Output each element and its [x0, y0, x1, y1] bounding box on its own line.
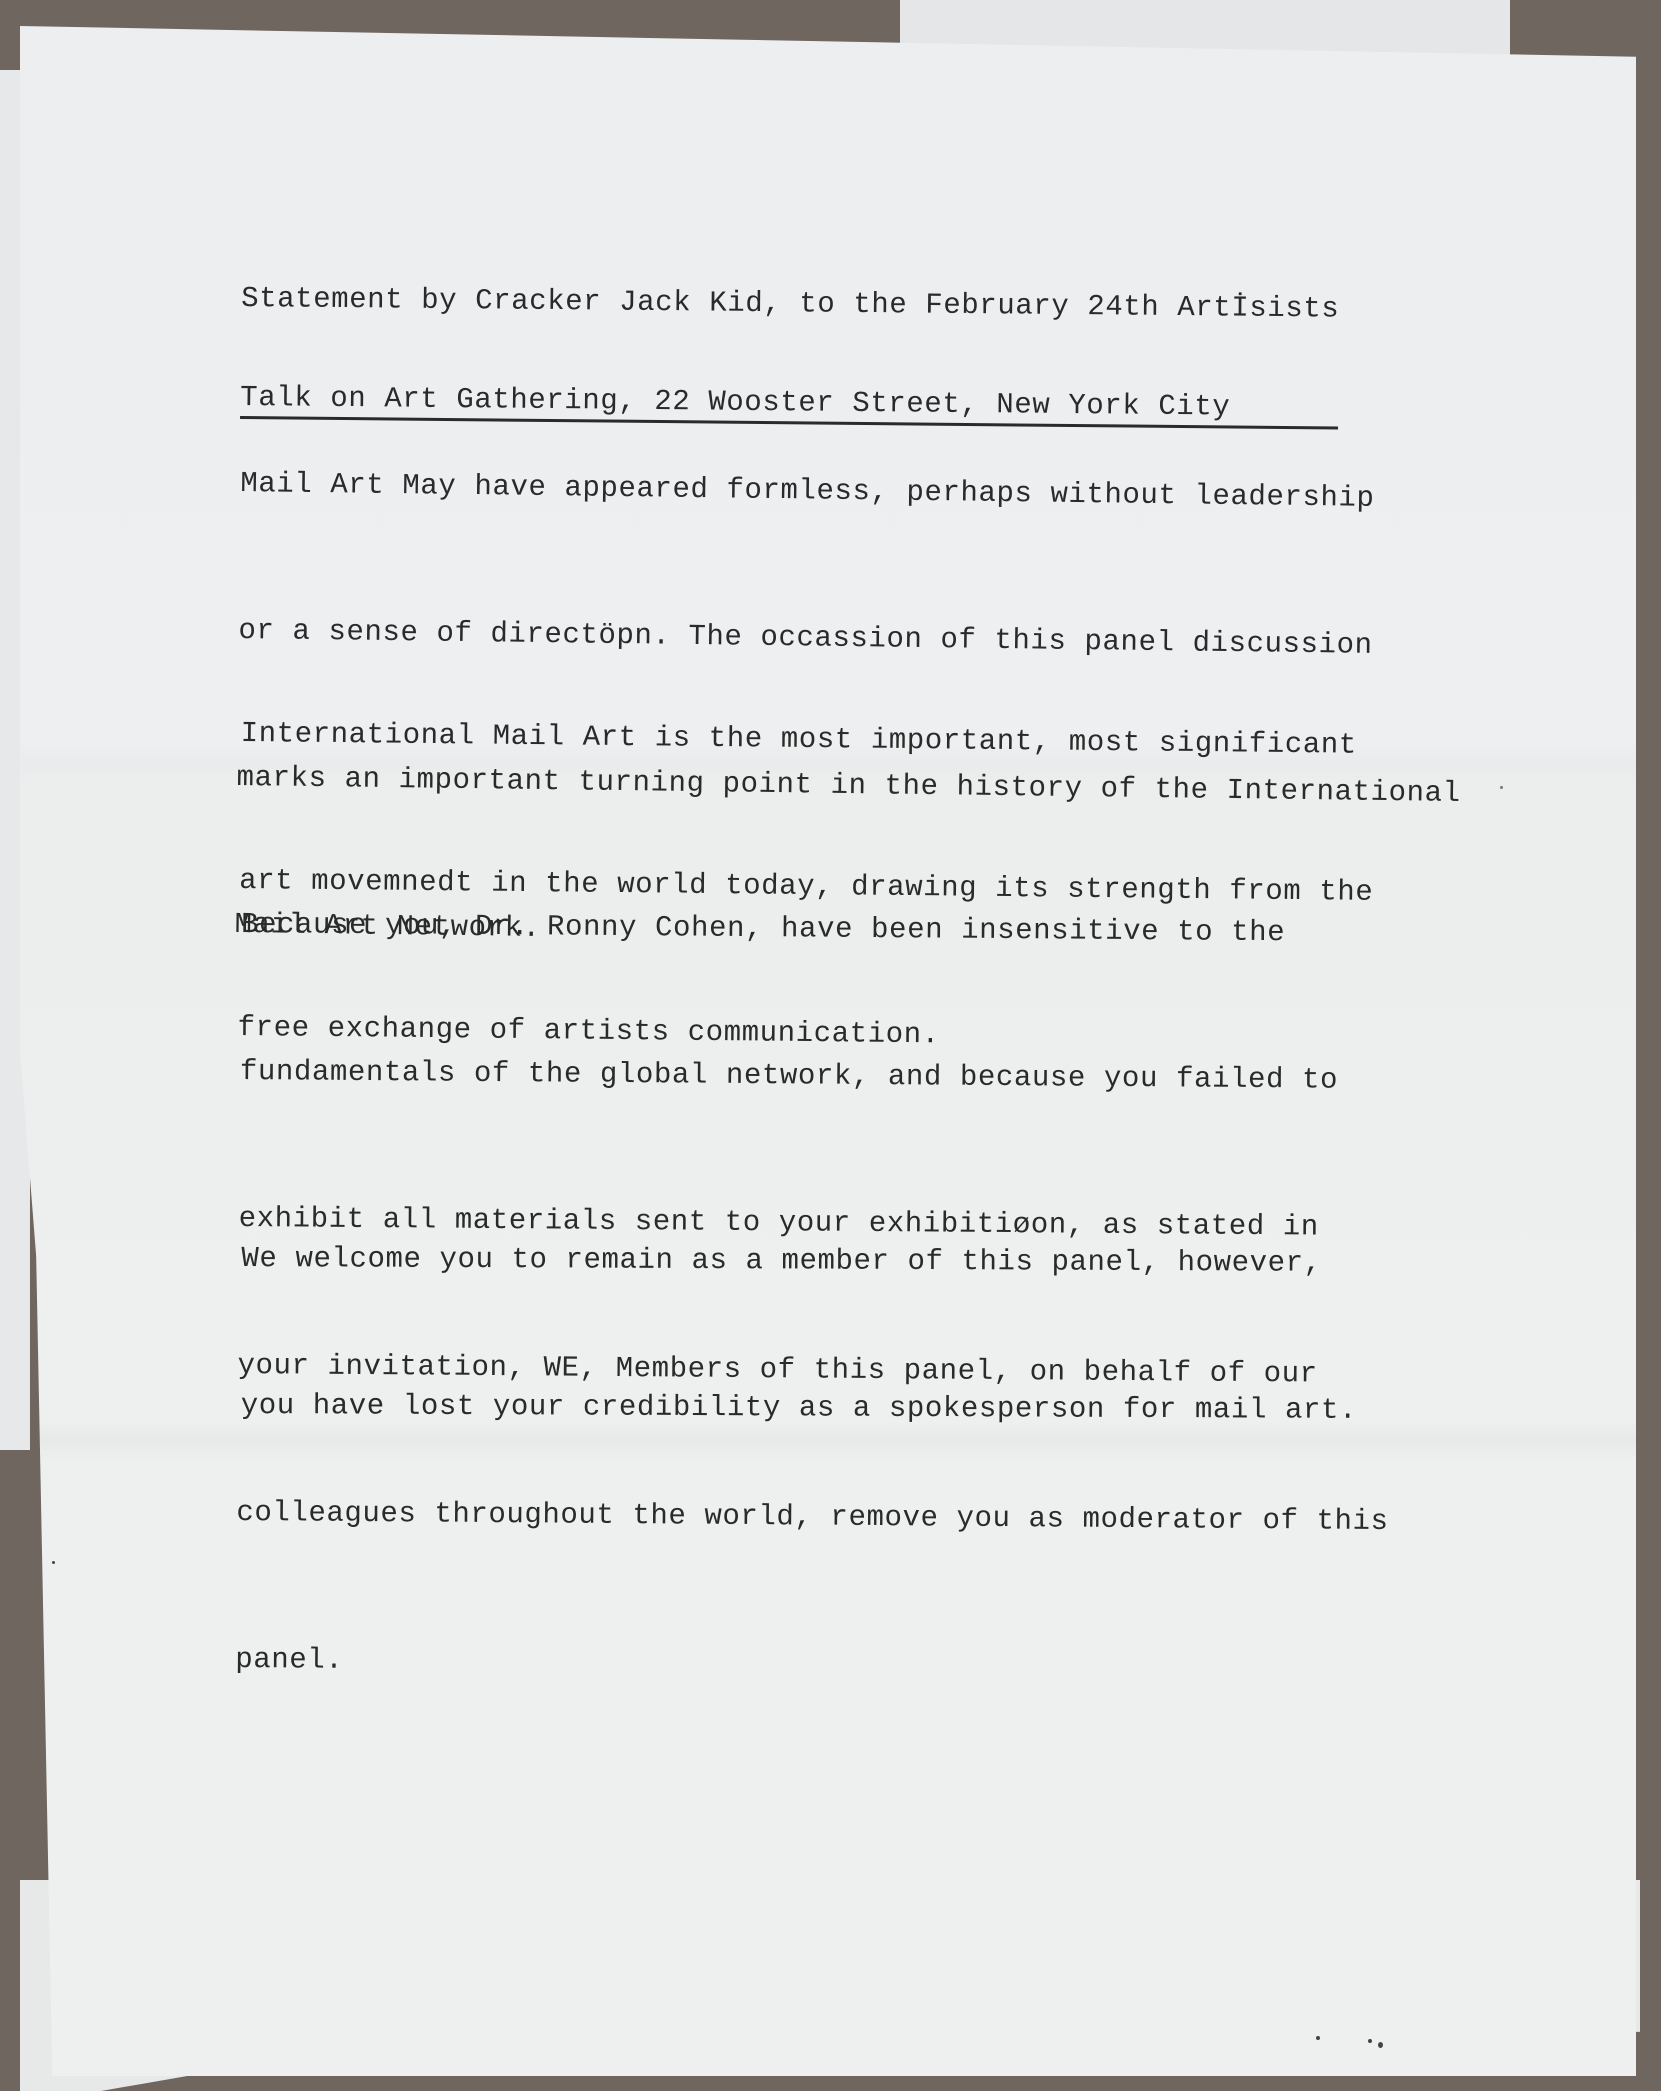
title-line: Statement by Cracker Jack Kid, to the Fe… [241, 282, 1339, 326]
paper-speck [52, 1561, 55, 1564]
text-line: panel. [235, 1635, 1388, 1693]
text-line: We welcome you to remain as a member of … [241, 1234, 1357, 1288]
text-line: Mail Art May have appeared formless, per… [240, 459, 1465, 524]
text-line: you have lost your credibility as a spok… [241, 1381, 1357, 1435]
typewritten-page: Statement by Cracker Jack Kid, to the Fe… [20, 26, 1636, 2076]
text-line: fundamentals of the global network, and … [240, 1047, 1393, 1105]
text-line: Because you, Dr. Ronny Cohen, have been … [241, 900, 1394, 958]
paper-speck [1500, 786, 1503, 789]
paper-speck [1316, 2036, 1320, 2040]
text-line: International Mail Art is the most impor… [240, 709, 1375, 770]
paragraph: We welcome you to remain as a member of … [240, 1136, 1358, 1533]
paper-speck [1378, 2042, 1383, 2048]
paper-speck [1368, 2039, 1372, 2043]
